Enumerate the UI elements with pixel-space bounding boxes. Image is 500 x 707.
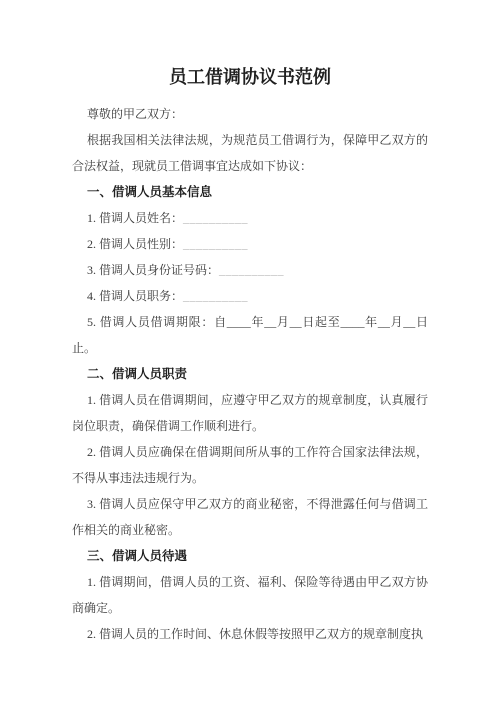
field-duration-line: 5. 借调人员借调期限：自____年__月__日起至____年__月__日止。 (72, 309, 428, 361)
field-name-label: 1. 借调人员姓名： (87, 211, 183, 225)
field-id-number-line: 3. 借调人员身份证号码：__________ (72, 257, 428, 283)
benefits-item-1: 1. 借调期间，借调人员的工资、福利、保险等待遇由甲乙双方协商确定。 (72, 569, 428, 621)
duties-item-2: 2. 借调人员应确保在借调期间所从事的工作符合国家法律法规，不得从事违法违规行为… (72, 439, 428, 491)
blank-underline-name: __________ (183, 211, 248, 225)
duties-item-3: 3. 借调人员应保守甲乙双方的商业秘密，不得泄露任何与借调工作相关的商业秘密。 (72, 491, 428, 543)
blank-underline-gender: __________ (183, 237, 248, 251)
section-heading-benefits: 三、借调人员待遇 (72, 543, 428, 569)
intro-paragraph: 根据我国相关法律法规，为规范员工借调行为，保障甲乙双方的合法权益，现就员工借调事… (72, 127, 428, 179)
field-position-label: 4. 借调人员职务： (87, 289, 183, 303)
document-page: 员工借调协议书范例 尊敬的甲乙双方： 根据我国相关法律法规，为规范员工借调行为，… (0, 0, 500, 707)
benefits-item-2-truncated: 2. 借调人员的工作时间、休息休假等按照甲乙双方的规章制度执 (72, 621, 428, 647)
field-id-number-label: 3. 借调人员身份证号码： (87, 263, 219, 277)
blank-underline-position: __________ (183, 289, 248, 303)
field-position-line: 4. 借调人员职务：__________ (72, 283, 428, 309)
section-heading-basic-info: 一、借调人员基本信息 (72, 179, 428, 205)
field-gender-label: 2. 借调人员性别： (87, 237, 183, 251)
section-heading-duties: 二、借调人员职责 (72, 361, 428, 387)
salutation: 尊敬的甲乙双方： (72, 101, 428, 127)
duties-item-1: 1. 借调人员在借调期间，应遵守甲乙双方的规章制度，认真履行岗位职责，确保借调工… (72, 387, 428, 439)
document-title: 员工借调协议书范例 (72, 64, 428, 90)
field-name-line: 1. 借调人员姓名：__________ (72, 205, 428, 231)
field-gender-line: 2. 借调人员性别：__________ (72, 231, 428, 257)
blank-underline-id-number: __________ (219, 263, 284, 277)
